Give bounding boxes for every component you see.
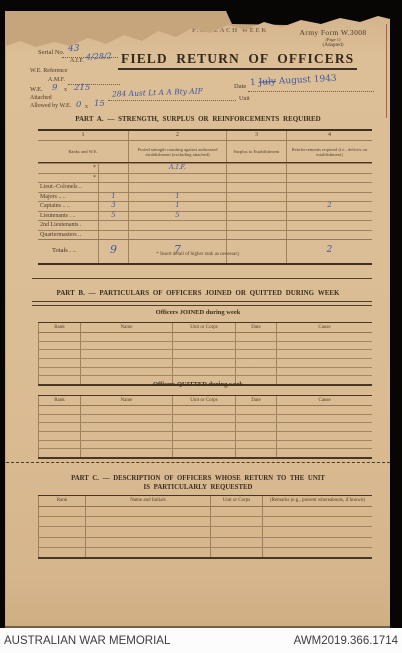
table-row: Lieut.-Colonels .. (38, 182, 372, 192)
officers-quitted-title: Officers QUITTED during week (6, 381, 390, 388)
table-row (38, 333, 372, 342)
col-name: Name (80, 396, 172, 405)
allowed-x-label: x (85, 104, 88, 110)
we-value-2-handwritten: 215 (74, 83, 90, 93)
table-row (38, 517, 372, 527)
aif-label: A.I.F. (70, 58, 84, 64)
col-rank: Rank (38, 323, 80, 332)
we-reference-label: W.E. Reference (30, 68, 68, 74)
we-label: W.E. (30, 86, 43, 93)
allowed-value-1-handwritten: 0 (76, 100, 81, 110)
allowed-value-2-handwritten: 15 (94, 99, 105, 109)
totals-row: Totals . .. 9 7 2 (38, 239, 372, 263)
form-number-block: Army Form W.3008 (Page 1) (Adapted) (290, 28, 376, 48)
form-sheet: P.M. EACH WEEK Army Form W.3008 (Page 1)… (6, 0, 390, 628)
col-num-2: 2 (128, 131, 226, 140)
date-day: 1 (250, 78, 256, 88)
table-row: Majors .. .. 1 1 (38, 192, 372, 202)
allowed-label: Allowed by W.E. (30, 103, 71, 109)
perforation-dashed-line (6, 462, 390, 463)
table-row (38, 432, 372, 441)
col-name-and-initials: Name and Initials (85, 496, 210, 506)
part-c-table: Rank Name and Initials Unit or Corps (Re… (38, 495, 372, 559)
table-row (38, 415, 372, 424)
date-struck-month: July (258, 77, 276, 88)
col-name: Name (80, 323, 172, 332)
form-title: FIELD RETURN OF OFFICERS (118, 51, 357, 70)
archive-accession-number: AWM2019.366.1714 (294, 635, 398, 647)
table-row (38, 548, 372, 557)
col-date: Date (235, 323, 276, 332)
col-header-reinforcements: Reinforcements required (i.e., deficits … (286, 141, 372, 162)
attached-label: Attached (30, 95, 52, 101)
col-remarks: (Remarks (e.g., present whereabouts, if … (262, 496, 372, 506)
section-rule (32, 278, 372, 279)
table-row (38, 441, 372, 450)
table-row: Quartermasters .. (38, 230, 372, 240)
table-row (38, 449, 372, 457)
footnote-star: * (93, 164, 96, 172)
table-row (38, 350, 372, 359)
form-number: Army Form W.3008 (290, 28, 376, 37)
form-adapted: (Adapted) (290, 42, 376, 48)
officers-joined-title: Officers JOINED during week (6, 309, 390, 316)
table-row (38, 507, 372, 517)
col-cause: Cause (276, 323, 372, 332)
quitted-table-headers: Rank Name Unit or Corps Date Cause (38, 396, 372, 406)
unit-label: Unit (239, 96, 250, 102)
col-rank: Rank (38, 496, 85, 506)
part-a-table: 1 2 3 4 Ranks and W.E. Posted strength c… (38, 129, 372, 265)
part-c-table-headers: Rank Name and Initials Unit or Corps (Re… (38, 496, 372, 507)
table-row: Captains .. .. 3 1 2 (38, 201, 372, 211)
archive-institution: AUSTRALIAN WAR MEMORIAL (4, 635, 170, 647)
col-num-4: 4 (286, 131, 372, 140)
date-label: Date (234, 83, 246, 90)
part-c-heading-line1: PART C. — DESCRIPTION OF OFFICERS WHOSE … (6, 475, 390, 482)
table-row: * A.I.F. (38, 163, 372, 173)
officers-quitted-table: Rank Name Unit or Corps Date Cause (38, 395, 372, 459)
scanned-document: P.M. EACH WEEK Army Form W.3008 (Page 1)… (0, 0, 402, 653)
col-rank: Rank (38, 396, 80, 405)
part-a-heading: PART A. — STRENGTH, SURPLUS OR REINFORCE… (6, 115, 390, 123)
table-row (38, 368, 372, 377)
table-row (38, 538, 372, 548)
part-a-column-numbers: 1 2 3 4 (38, 131, 372, 140)
col-header-surplus: Surplus to Establishment (226, 141, 286, 162)
col-unit-or-corps: Unit or Corps (210, 496, 262, 506)
table-row: * (38, 173, 372, 183)
table-row (38, 527, 372, 537)
table-row: 2nd Lieutenants . (38, 220, 372, 230)
part-c-heading-line2: IS PARTICULARLY REQUESTED (6, 484, 390, 491)
col-cause: Cause (276, 396, 372, 405)
table-row (38, 359, 372, 368)
footnote-star: * (93, 174, 96, 182)
we-value-1-handwritten: 9 (52, 83, 57, 93)
we-x-label: x (64, 87, 67, 93)
col-unit-or-corps: Unit or Corps (172, 323, 235, 332)
table-row (38, 423, 372, 432)
table-row (38, 342, 372, 351)
section-double-rule (32, 301, 372, 306)
table-row: Lieutenants . .. 5 5 (38, 211, 372, 221)
col-header-ranks: Ranks and W.E. (38, 141, 128, 162)
part-a-column-headers: Ranks and W.E. Posted strength counting … (38, 140, 372, 163)
col-num-1: 1 (38, 131, 128, 140)
joined-table-headers: Rank Name Unit or Corps Date Cause (38, 323, 372, 333)
col-header-posted: Posted strength counting against authori… (128, 141, 226, 162)
archive-caption-bar: AUSTRALIAN WAR MEMORIAL AWM2019.366.1714 (0, 628, 402, 653)
col-unit-or-corps: Unit or Corps (172, 396, 235, 405)
serial-label: Serial No. (38, 49, 64, 56)
posted-handwritten: A.I.F. (128, 164, 226, 173)
col-date: Date (235, 396, 276, 405)
aif-value-handwritten: 4/28/2 (86, 51, 112, 61)
margin-red-line (386, 24, 387, 118)
part-a-footnote: * Insert detail of higher rank as necess… (6, 252, 390, 257)
part-b-heading: PART B. — PARTICULARS OF OFFICERS JOINED… (6, 289, 390, 297)
officers-joined-table: Rank Name Unit or Corps Date Cause (38, 322, 372, 386)
table-row (38, 406, 372, 415)
col-num-3: 3 (226, 131, 286, 140)
